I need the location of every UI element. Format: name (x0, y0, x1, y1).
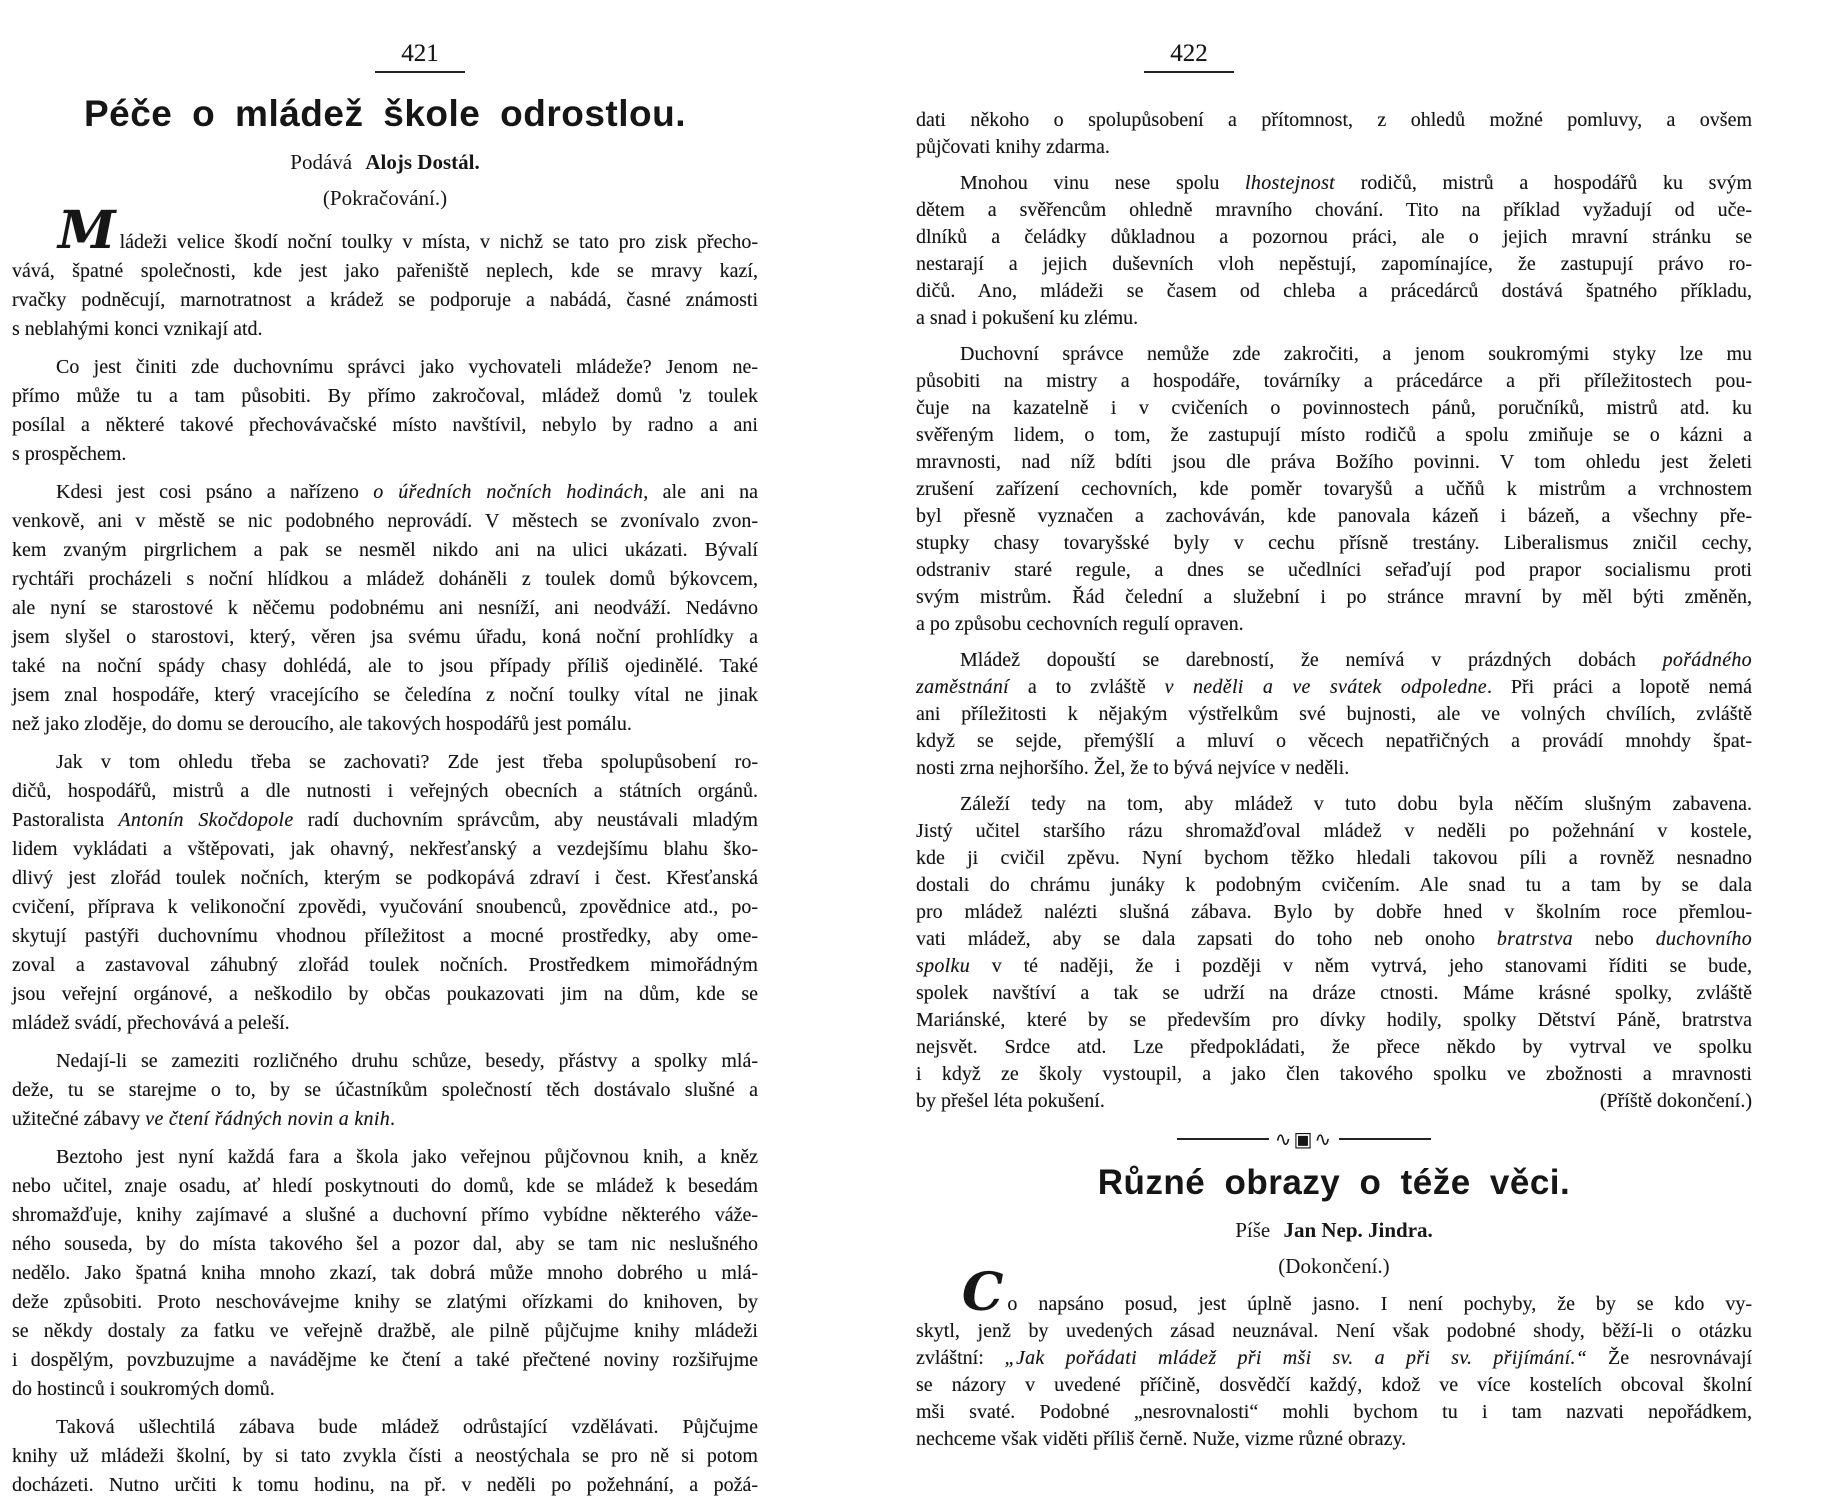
text-line: s prospěchem. (12, 440, 758, 469)
paragraph: Co jest činiti zde duchovnímu správci ja… (12, 353, 758, 469)
section-divider-ornament: ∿▣∿ (1275, 1129, 1333, 1149)
text-line: venkově, ani v městě se nic podobného ne… (12, 507, 758, 536)
text-line: Jistý učitel staršího rázu shromažďoval … (916, 818, 1752, 845)
text-line: Mládež dopouští se darebností, že nemívá… (916, 647, 1752, 674)
page-number-text: 422 (1144, 40, 1234, 73)
left-page: 421 Péče o mládež škole odrostlou. Podáv… (12, 40, 758, 1500)
continuation-note: (Pokračování.) (12, 186, 758, 211)
byline-author: Alojs Dostál. (365, 150, 479, 174)
text-line: dlivý jest zlořád toulek nočních, kterým… (12, 864, 758, 893)
byline-prefix: Píše (1235, 1218, 1270, 1242)
text-line: zrušení zařízení cechovních, kde poměr t… (916, 476, 1752, 503)
text-line: kem zvaným pirgrlichem a pak se nesměl n… (12, 536, 758, 565)
text-line: Beztoho jest nyní každá fara a škola jak… (12, 1143, 758, 1172)
page-number-left: 421 (47, 40, 793, 73)
paragraph: Jak v tom ohledu třeba se zachovati? Zde… (12, 748, 758, 1038)
text-line: Co napsáno posud, jest úplně jasno. I ne… (916, 1291, 1752, 1318)
ornamental-initial-c: C (962, 1262, 1002, 1323)
text-line: jsou veřejní orgánové, a neškodilo by ob… (12, 980, 758, 1009)
byline-author: Jan Nep. Jindra. (1283, 1218, 1432, 1242)
text-line: Mnohou vinu nese spolu lhostejnost rodič… (916, 170, 1752, 197)
text-line: Záleží tedy na tom, aby mládež v tuto do… (916, 791, 1752, 818)
text-line: knihy už mládeži školní, by si tato zvyk… (12, 1442, 758, 1471)
text-line: dati někoho o spolupůsobení a přítomnost… (916, 107, 1752, 134)
text-line: deže způsobiti. Proto neschovávejme knih… (12, 1288, 758, 1317)
paragraph: Taková ušlechtilá zábava bude mládež odr… (12, 1413, 758, 1500)
completion-note: (Dokončení.) (916, 1254, 1752, 1279)
scanned-book-spread: { "document": { "background_color": "#ff… (0, 0, 1846, 1500)
text-line: nedělo. Jako špatná kniha mnoho zkazí, t… (12, 1259, 758, 1288)
text-line: zoval a zastavoval záhubný zlořád toulek… (12, 951, 758, 980)
text-line: kde ji cvičil zpěvu. Nyní bychom těžko h… (916, 845, 1752, 872)
text-line: svěřeným lidem, o tom, že zastupují míst… (916, 422, 1752, 449)
text-line: když se sejde, přemýšlí a mluví o věcech… (916, 728, 1752, 755)
text-line: čuje na kazatelně i v cvičeních o povinn… (916, 395, 1752, 422)
paragraph: Beztoho jest nyní každá fara a škola jak… (12, 1143, 758, 1404)
text-line: ného souseda, by do místa takového šel a… (12, 1230, 758, 1259)
text-line: dičů. Ano, mládeži se časem od chleba a … (916, 278, 1752, 305)
text-line: přímo může tu a tam působiti. By přímo z… (12, 382, 758, 411)
right-page-body-continuation: dati někoho o spolupůsobení a přítomnost… (916, 107, 1752, 1115)
text-line: užitečné zábavy ve čtení řádných novin a… (12, 1105, 758, 1134)
text-line: dlníků a čeládky důkladnou a pozornou pr… (916, 224, 1752, 251)
text-line: lidem vykládati a vštěpovati, jak ohavný… (12, 835, 758, 864)
text-line: zaměstnání a to zvláště v neděli a ve sv… (916, 674, 1752, 701)
divider-rule-right (1339, 1138, 1431, 1140)
text-line: docházeti. Nutno určiti k tomu hodinu, n… (12, 1471, 758, 1500)
text-line: Pastoralista Antonín Skočdopole radí duc… (12, 806, 758, 835)
section-divider: ∿▣∿ (886, 1129, 1722, 1149)
text-line: Mládeži velice škodí noční toulky v míst… (12, 228, 758, 257)
text-line: cvičení, příprava k velikonoční zpovědi,… (12, 893, 758, 922)
text-line: nosti zrna nejhoršího. Žel, že to bývá n… (916, 755, 1752, 782)
text-line: stupky chasy tovaryšské byly v cechu pří… (916, 530, 1752, 557)
text-line: rvačky podněcují, marnotratnost a krádež… (12, 286, 758, 315)
left-page-body: Mládeži velice škodí noční toulky v míst… (12, 228, 758, 1500)
text-line: skytují pastýři duchovnímu vhodnou příle… (12, 922, 758, 951)
text-line: jsem znal hospodáře, který vracejícího s… (12, 681, 758, 710)
text-line: ani příležitosti k nějakým výstřelkům sv… (916, 701, 1752, 728)
second-article-title: Různé obrazy o téže věci. (916, 1163, 1752, 1203)
article-title: Péče o mládež škole odrostlou. (12, 93, 758, 135)
text-line: Jak v tom ohledu třeba se zachovati? Zde… (12, 748, 758, 777)
text-line: deže, tu se starejme o to, by se účastní… (12, 1076, 758, 1105)
paragraph: Mnohou vinu nese spolu lhostejnost rodič… (916, 170, 1752, 332)
text-line: byl přesně vyznačen a zachováván, kde pa… (916, 503, 1752, 530)
text-line: rychtáři procházeli s noční hlídkou a ml… (12, 565, 758, 594)
text-line: skytl, jenž by uvedených zásad neuznával… (916, 1318, 1752, 1345)
text-line: vává, špatné společnosti, kde jest jako … (12, 257, 758, 286)
text-line: shromažďuje, knihy zajímavé a slušné a d… (12, 1201, 758, 1230)
text-line: Taková ušlechtilá zábava bude mládež odr… (12, 1413, 758, 1442)
text-line: jsem slyšel o starostovi, který, věren j… (12, 623, 758, 652)
second-article-byline: Píše Jan Nep. Jindra. (916, 1218, 1752, 1243)
text-line: a po způsobu cechovních regulí opraven. (916, 611, 1752, 638)
text-line: a snad i pokušení ku zlému. (916, 305, 1752, 332)
text-line: mravnosti, nad níž bdíti jsou dle práva … (916, 449, 1752, 476)
text-line: Duchovní správce nemůže zde zakročiti, a… (916, 341, 1752, 368)
text-line: nechceme však viděti příliš černě. Nuže,… (916, 1426, 1752, 1453)
paragraph: Nedají-li se zameziti rozličného druhu s… (12, 1047, 758, 1134)
text-line: i když ze školy vystoupil, a jako člen t… (916, 1061, 1752, 1088)
byline-prefix: Podává (290, 150, 352, 174)
divider-rule-left (1177, 1138, 1269, 1140)
text-line: se někdy dostaly za fatku ve veřejně dra… (12, 1317, 758, 1346)
text-line: s neblahými konci vznikají atd. (12, 315, 758, 344)
text-line: mši svaté. Podobné „nesrovnalosti“ mohli… (916, 1399, 1752, 1426)
text-line: také na noční spády chasy dohlédá, ale t… (12, 652, 758, 681)
paragraph: Duchovní správce nemůže zde zakročiti, a… (916, 341, 1752, 638)
text-line: zvláštní: „Jak pořádati mládež při mši s… (916, 1345, 1752, 1372)
text-line: spolku v té naději, že i později v něm v… (916, 953, 1752, 980)
paragraph: dati někoho o spolupůsobení a přítomnost… (916, 107, 1752, 161)
closing-note: (Příště dokončení.) (1600, 1088, 1752, 1115)
text-line: spolek navštíví a tak se udrží na dráze … (916, 980, 1752, 1007)
text-line: pro mládež nalézti slušná zábava. Bylo b… (916, 899, 1752, 926)
page-number-right: 422 (771, 40, 1607, 73)
second-article-body: Co napsáno posud, jest úplně jasno. I ne… (916, 1291, 1752, 1453)
page-number-text: 421 (375, 40, 465, 73)
text-line: nestarají a jejich duševních vloh nepěst… (916, 251, 1752, 278)
text-line: svým mistrům. Řád čelední a služební i p… (916, 584, 1752, 611)
article-byline: Podává Alojs Dostál. (12, 150, 758, 175)
paragraph: Kdesi jest cosi psáno a nařízeno o úředn… (12, 478, 758, 739)
paragraph: Mládež dopouští se darebností, že nemívá… (916, 647, 1752, 782)
text-line: Co jest činiti zde duchovnímu správci ja… (12, 353, 758, 382)
text-line: Kdesi jest cosi psáno a nařízeno o úředn… (12, 478, 758, 507)
text-line: se názory v uvedené příčině, dosvědčí ka… (916, 1372, 1752, 1399)
text-line: vati mládež, aby se dala zapsati do toho… (916, 926, 1752, 953)
text-line: než jako zloděje, do domu se deroucího, … (12, 710, 758, 739)
text-line: dostali do chrámu junáky k podobným cvič… (916, 872, 1752, 899)
text-line: dičů, hospodářů, mistrů a dle nutnosti i… (12, 777, 758, 806)
paragraph: Mládeži velice škodí noční toulky v míst… (12, 228, 758, 344)
text-line: ale nyní se starostové k něčemu podobném… (12, 594, 758, 623)
text-line: nebo učitel, znaje osadu, ať hledí posky… (12, 1172, 758, 1201)
text-line: půjčovati knihy zdarma. (916, 134, 1752, 161)
text-line: i dospělým, povzbuzujme a navádějme ke č… (12, 1346, 758, 1375)
paragraph: Záleží tedy na tom, aby mládež v tuto do… (916, 791, 1752, 1115)
text-line: působiti na mistry a hospodáře, továrník… (916, 368, 1752, 395)
paragraph: Co napsáno posud, jest úplně jasno. I ne… (916, 1291, 1752, 1453)
text-line: do hostinců i soukromých domů. (12, 1375, 758, 1404)
right-page: 422 dati někoho o spolupůsobení a přítom… (916, 40, 1752, 1453)
ornamental-initial-m: M (58, 200, 115, 261)
text-line: posílal a některé takové přechovávačské … (12, 411, 758, 440)
text-line: nejsvět. Srdce atd. Lze předpokládati, ž… (916, 1034, 1752, 1061)
text-line: Nedají-li se zameziti rozličného druhu s… (12, 1047, 758, 1076)
text-line: dětem a svěřencům ohledně mravního chová… (916, 197, 1752, 224)
text-line: mládež svádí, přechovává a peleší. (12, 1009, 758, 1038)
text-line: odstraniv staré regule, a dnes se učedln… (916, 557, 1752, 584)
text-line: by přešel léta pokušení.(Příště dokončen… (916, 1088, 1752, 1115)
text-line-left: by přešel léta pokušení. (916, 1088, 1105, 1115)
text-line: Mariánské, které by se především pro dív… (916, 1007, 1752, 1034)
